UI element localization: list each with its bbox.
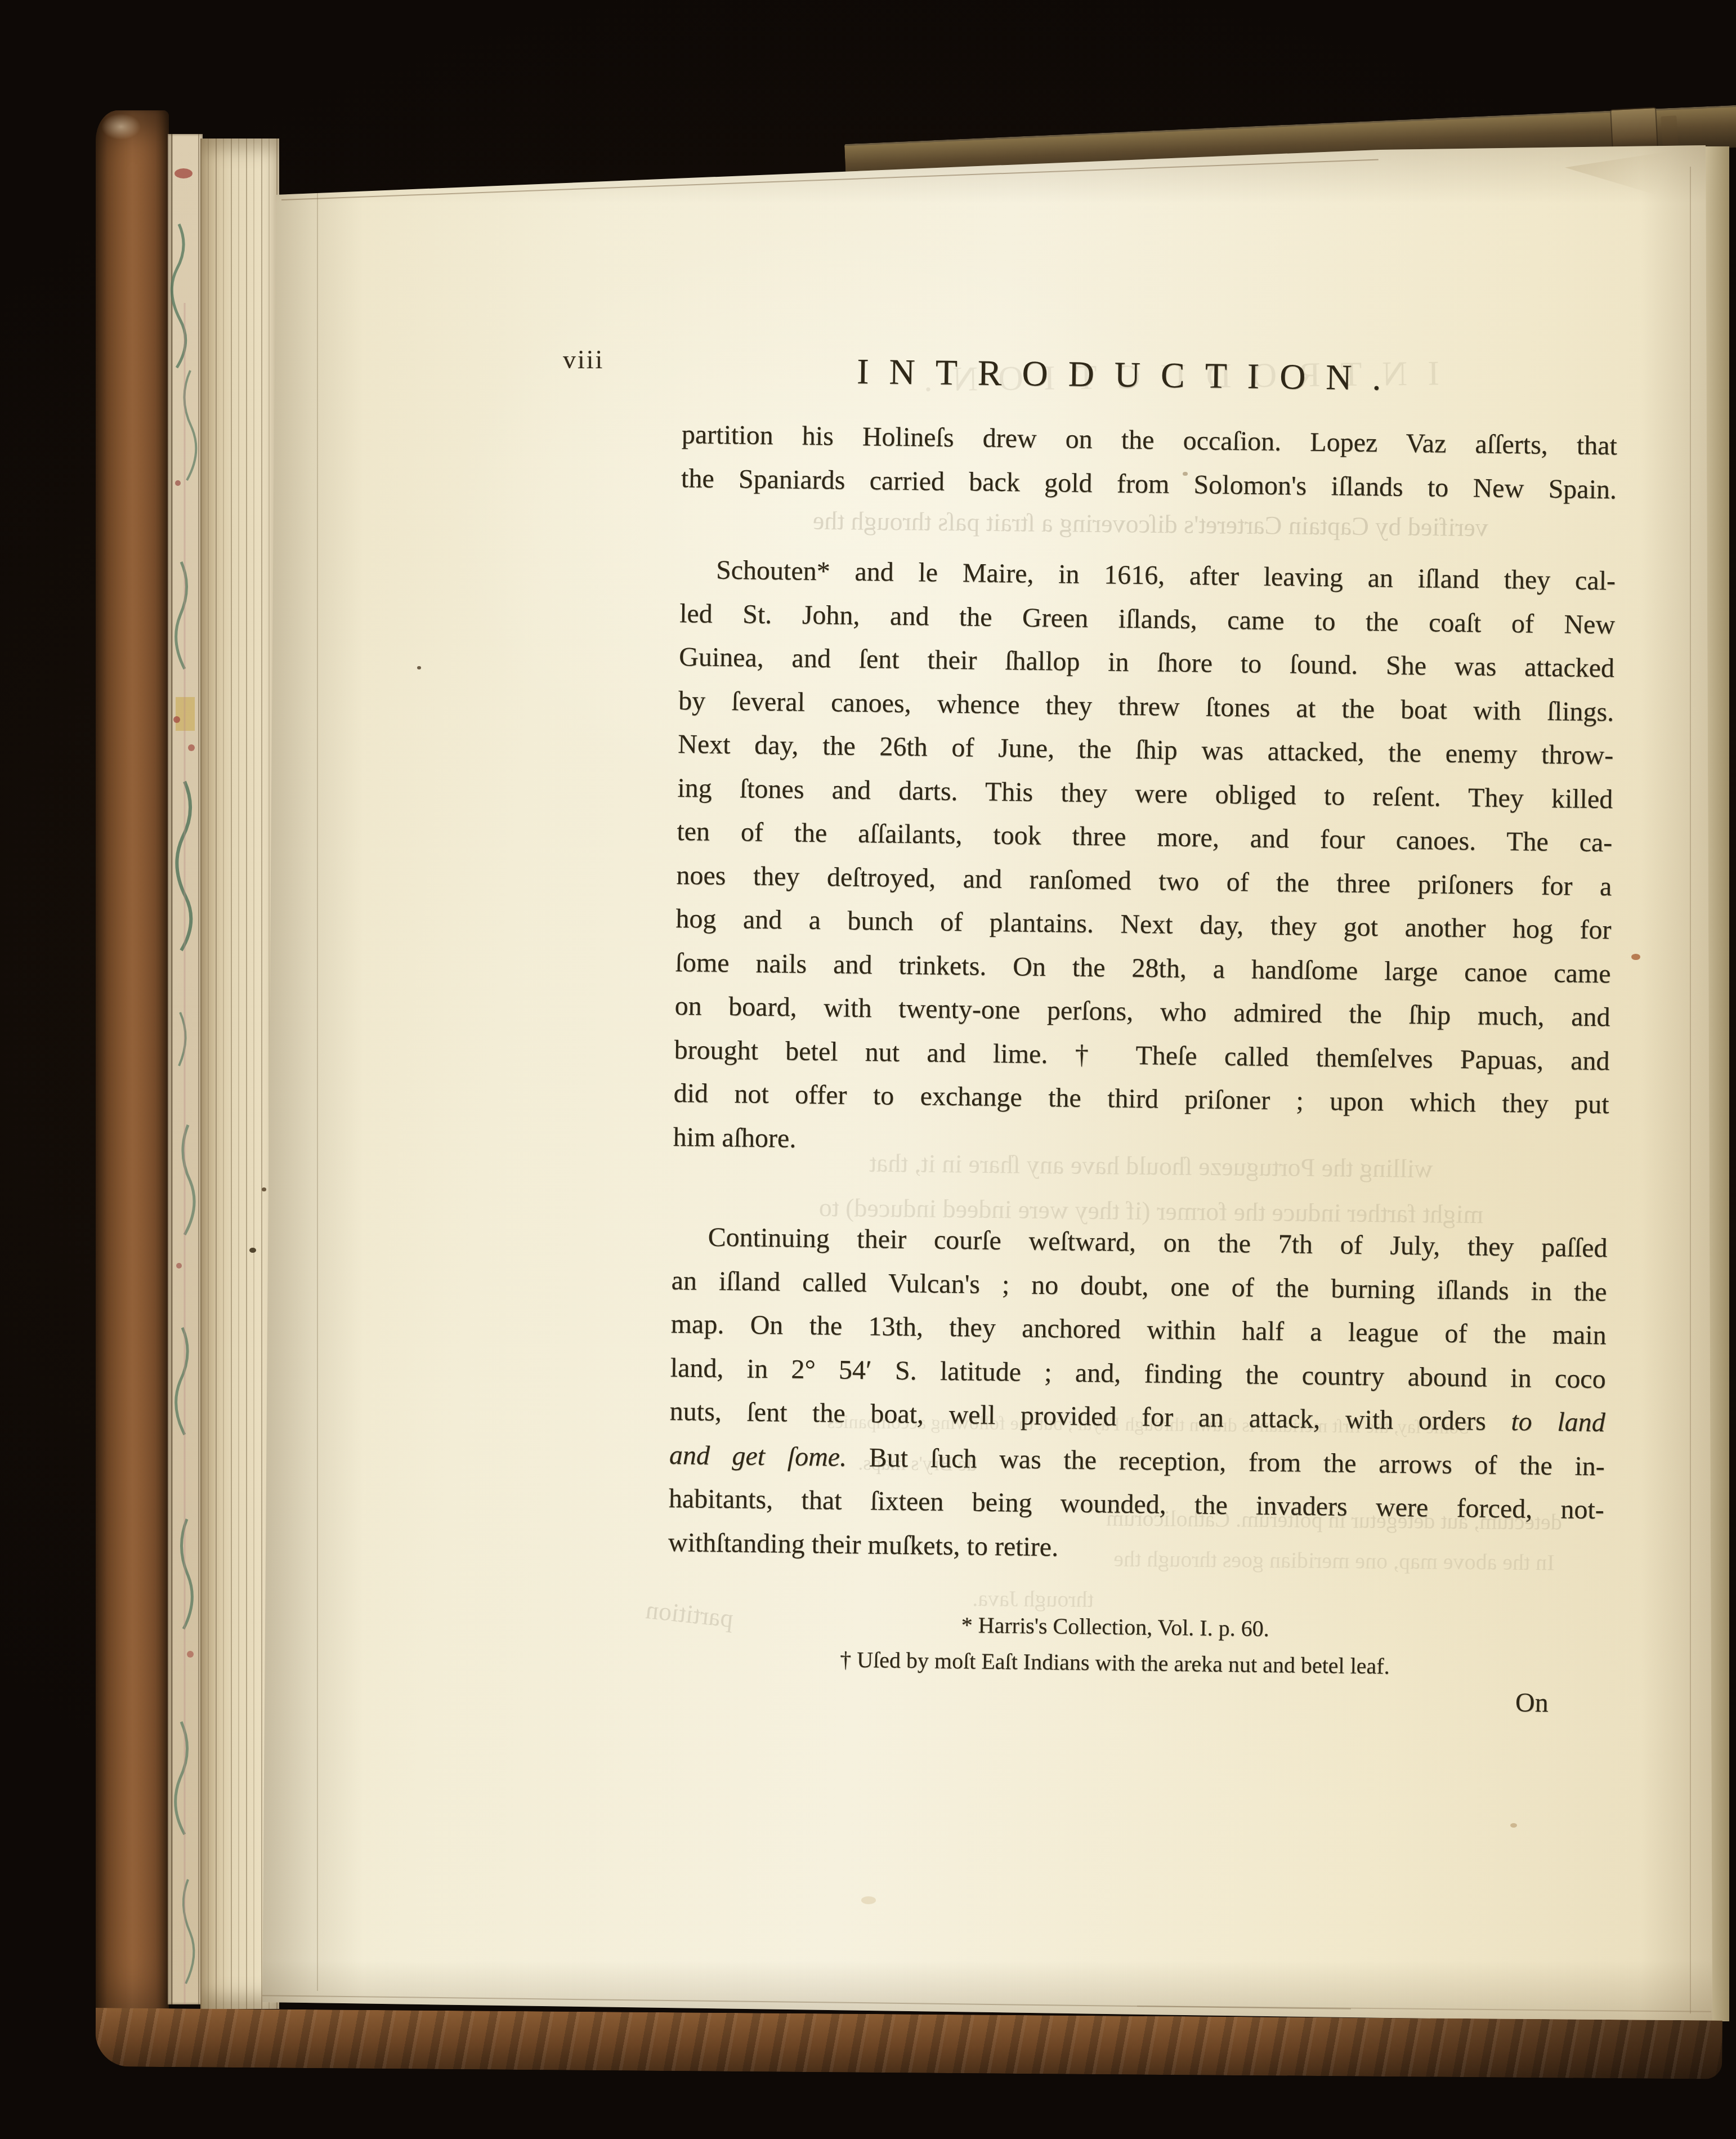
ink-speck — [417, 666, 421, 669]
page-title: INTRODUCTION. — [640, 342, 1618, 408]
curled-page-edge-small — [1661, 115, 1679, 146]
para-continuing: Continuing their courſe weſtward, on the… — [668, 1215, 1607, 1575]
ink-speck — [1510, 1823, 1517, 1828]
marbled-pattern — [168, 134, 203, 2004]
para-schouten: Schouten* and le Maire, in 1616, after l… — [673, 548, 1616, 1170]
photograph-background: INTRODUCTION.verified by Captain Cartere… — [0, 0, 1736, 2139]
ink-speck — [249, 1248, 256, 1253]
ink-speck — [262, 1187, 266, 1191]
ink-speck — [1183, 472, 1188, 476]
body-text: partition his Holineſs drew on the occaſ… — [668, 413, 1617, 1575]
catchword: On — [1515, 1687, 1549, 1718]
curled-page-edge — [1610, 107, 1658, 151]
ink-speck — [1631, 954, 1640, 960]
fore-edge-crease — [1690, 167, 1691, 2013]
marbled-endpaper-edge — [168, 134, 203, 2004]
footnotes: * Harris's Collection, Vol. I. p. 60.† U… — [647, 1603, 1583, 1686]
book-spine-leather — [96, 110, 169, 2031]
page-number: viii — [563, 345, 604, 374]
para-partition: partition his Holineſs drew on the occaſ… — [681, 413, 1618, 511]
gutter-crease — [317, 178, 318, 1991]
text-column: INTRODUCTION. partition his Holineſs dre… — [666, 342, 1618, 1721]
ink-speck — [861, 1896, 876, 1904]
book-page: INTRODUCTION.verified by Captain Cartere… — [259, 144, 1713, 2028]
